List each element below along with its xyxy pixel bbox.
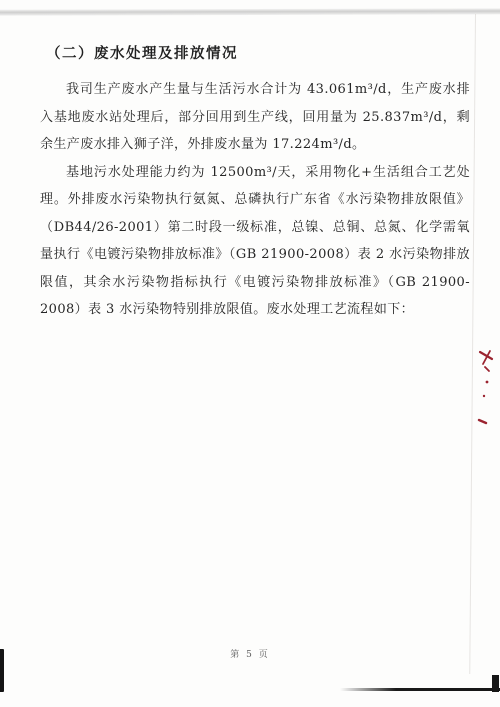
scan-streak-top [0,8,500,15]
red-ink-annotation-mark [474,348,496,438]
scan-artifact-right-bar [492,675,499,692]
section-heading: （二）废水处理及排放情况 [46,42,470,63]
paragraph-treatment-standards: 基地污水处理能力约为 12500m³/天，采用物化+生活组合工艺处理。外排废水污… [40,159,470,324]
paper-edge-line [469,14,476,674]
page-number-footer: 第 5 页 [0,647,500,660]
scan-artifact-bottom-line [340,688,500,691]
scan-artifact-left-bar [0,649,4,692]
paragraph-wastewater-volumes: 我司生产废水产生量与生活污水合计为 43.061m³/d，生产废水排入基地废水站… [40,76,470,159]
document-body: （二）废水处理及排放情况 我司生产废水产生量与生活污水合计为 43.061m³/… [40,42,470,324]
scanned-document-page: （二）废水处理及排放情况 我司生产废水产生量与生活污水合计为 43.061m³/… [0,0,500,707]
